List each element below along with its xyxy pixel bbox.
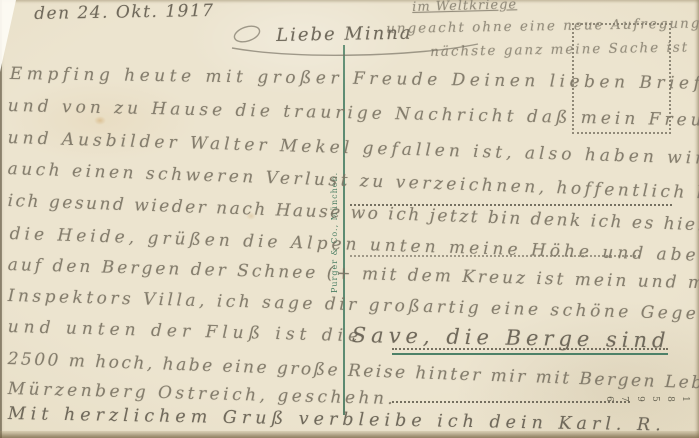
handwritten-salutation: Liebe Minna xyxy=(276,23,413,46)
card-number-digit: 8 xyxy=(665,396,675,402)
handwritten-date: den 24. Okt. 1917 xyxy=(34,1,215,24)
address-dotted-line-4 xyxy=(392,401,630,403)
postcard-back-scan: Purger & Co., München. 6 7 9 5 8 1 den 2… xyxy=(0,0,699,438)
card-number-digit: 6 xyxy=(604,396,614,402)
body-line: und unten der Fluß ist die xyxy=(7,317,363,346)
card-number-digit: 9 xyxy=(634,396,644,402)
scan-edge-sliver xyxy=(0,0,18,72)
handwritten-crossed-note: im Weltkriege xyxy=(412,0,517,15)
card-number-digit: 5 xyxy=(650,396,660,402)
printed-center-divider-line xyxy=(343,45,345,415)
card-number-digit: 7 xyxy=(619,396,629,402)
card-number-digit: 1 xyxy=(680,396,690,402)
card-number-sideways: 6 7 9 5 8 1 xyxy=(606,394,688,404)
